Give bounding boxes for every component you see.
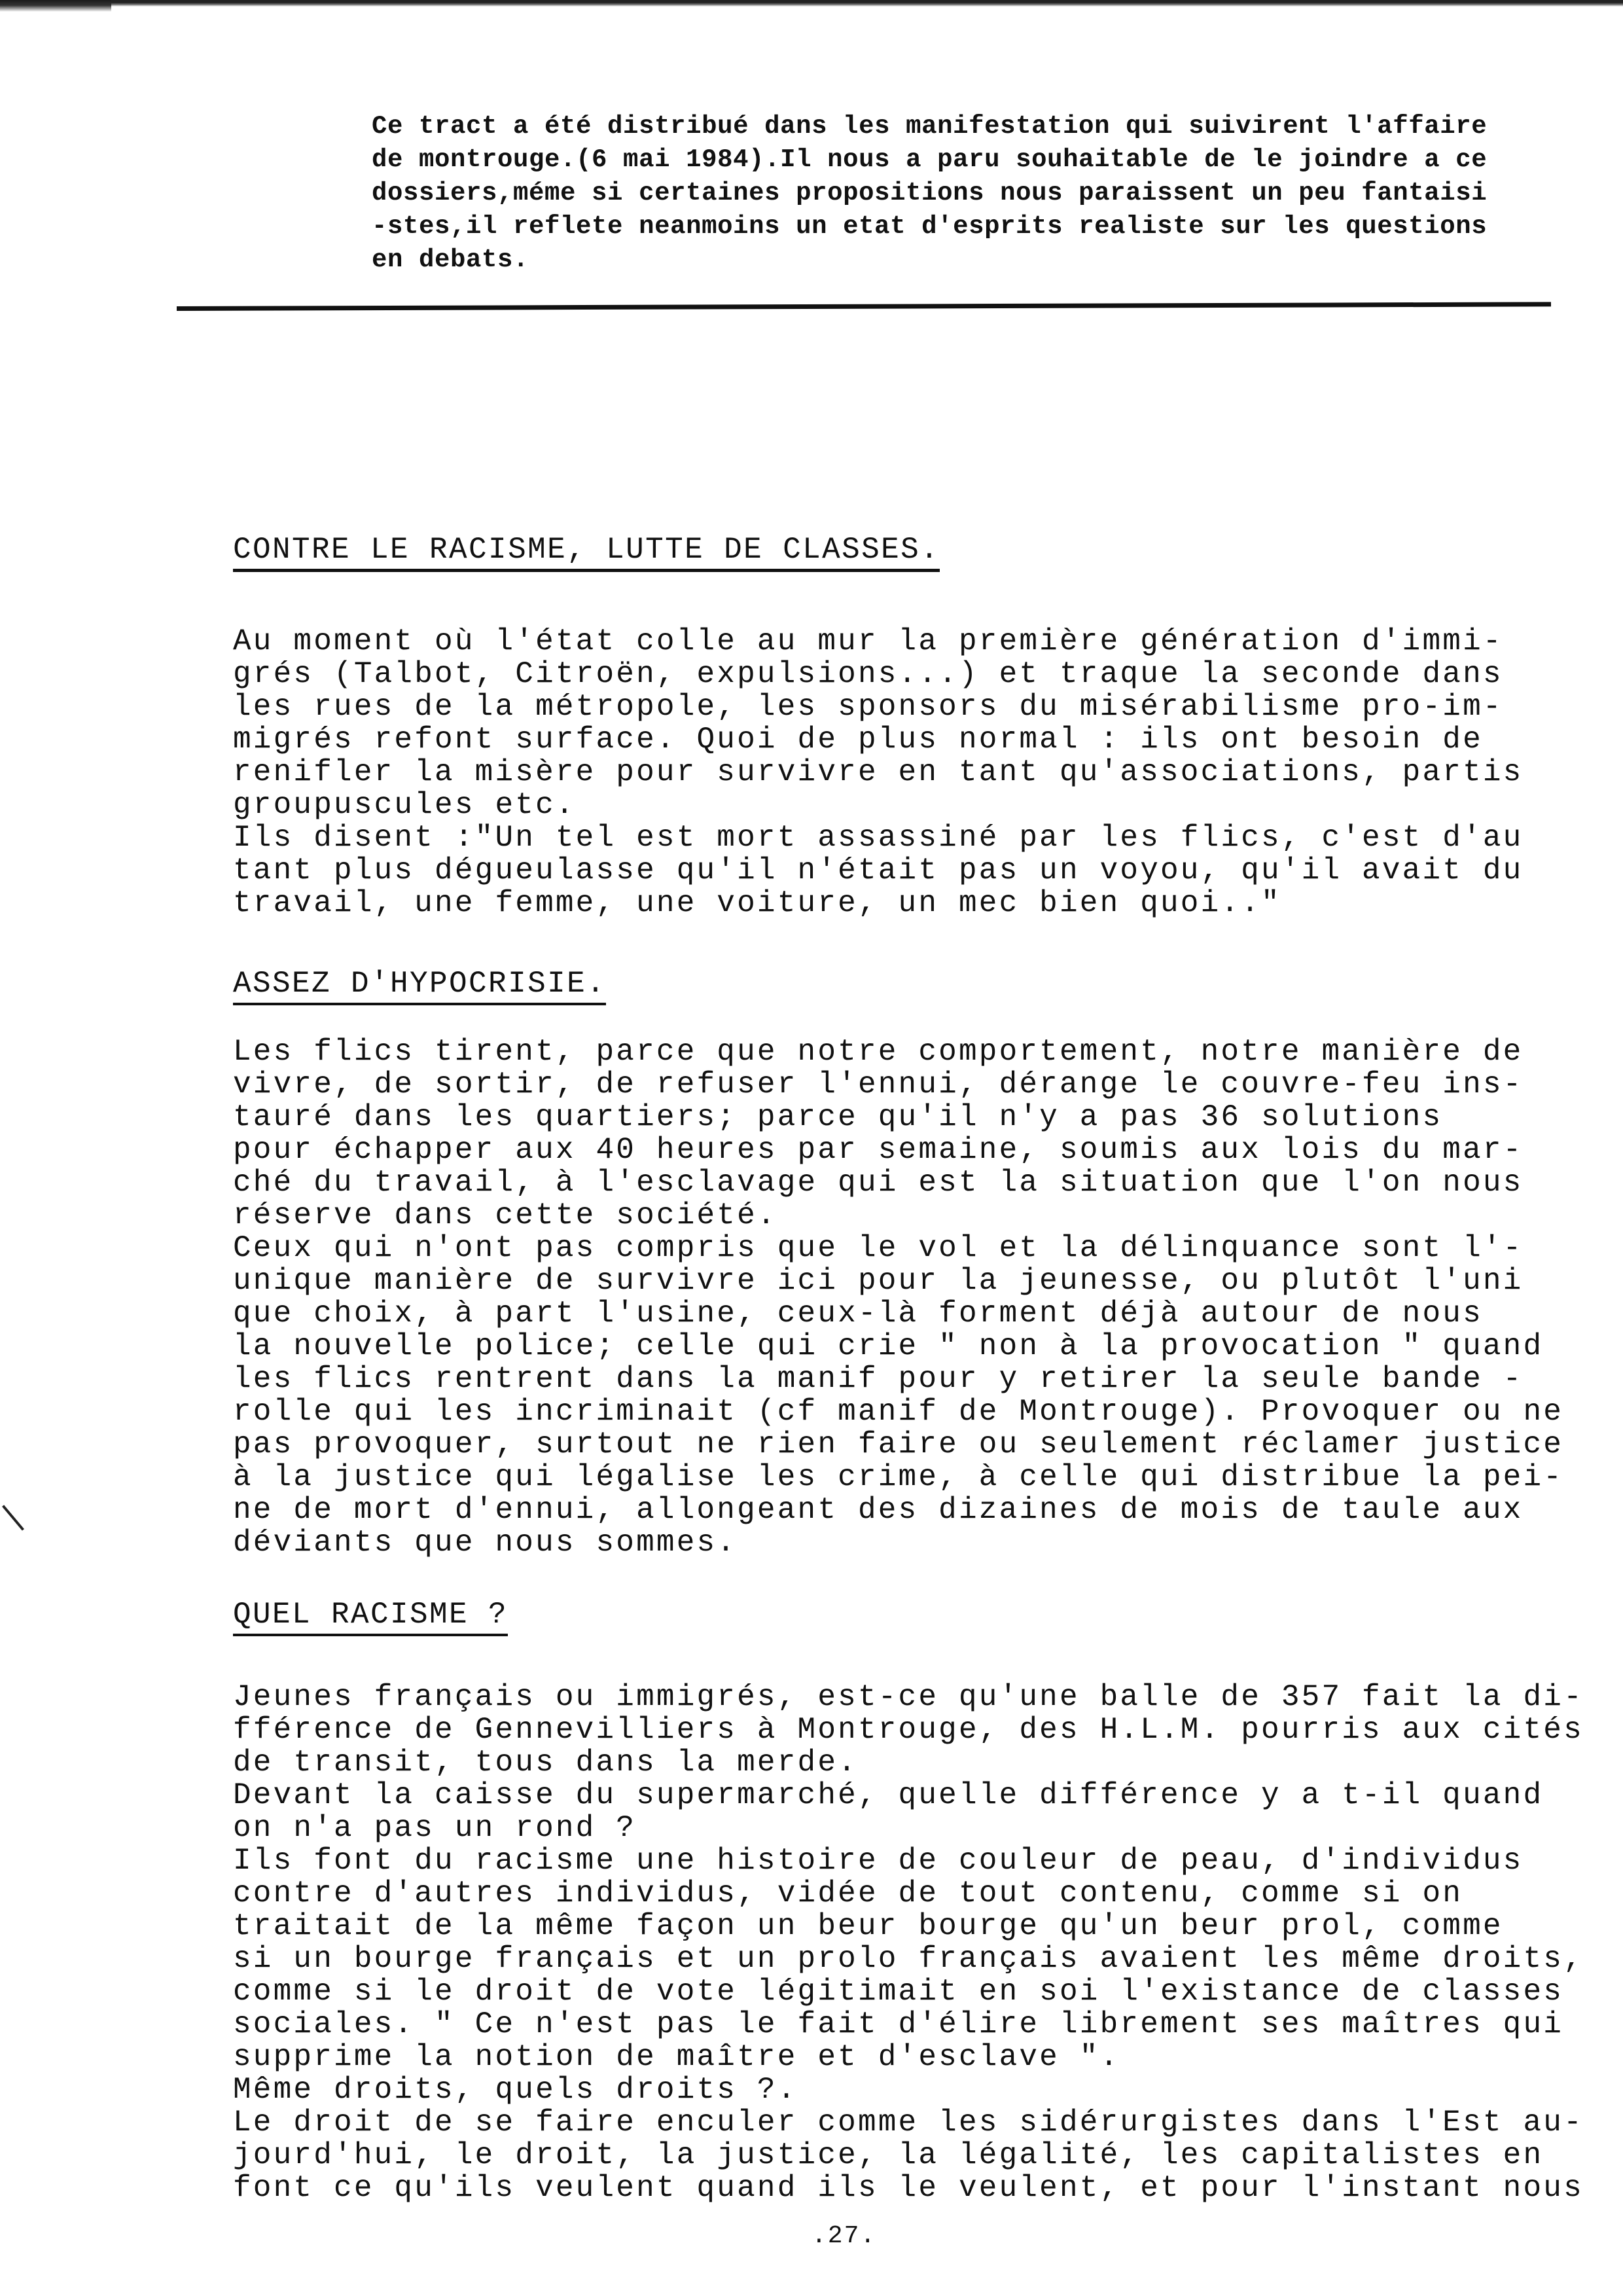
- body-line: Même droits, quels droits ?.: [233, 2073, 1529, 2106]
- body-line: renifler la misère pour survivre en tant…: [233, 756, 1529, 789]
- body-line: tauré dans les quartiers; parce qu'il n'…: [233, 1101, 1529, 1134]
- body-line: on n'a pas un rond ?: [233, 1812, 1529, 1844]
- body-line: contre d'autres individus, vidée de tout…: [233, 1877, 1529, 1910]
- body-line: vivre, de sortir, de refuser l'ennui, dé…: [233, 1068, 1529, 1101]
- body-line: font ce qu'ils veulent quand ils le veul…: [233, 2172, 1529, 2204]
- body-line: Le droit de se faire enculer comme les s…: [233, 2106, 1529, 2139]
- body-line: les rues de la métropole, les sponsors d…: [233, 691, 1529, 723]
- intro-line: de montrouge.(6 mai 1984).Il nous a paru…: [372, 143, 1563, 177]
- scan-corner-shadow: [0, 0, 111, 12]
- body-line: à la justice qui légalise les crime, à c…: [233, 1461, 1529, 1494]
- body-line: déviants que nous sommes.: [233, 1526, 1529, 1559]
- body-line: les flics rentrent dans la manif pour y …: [233, 1363, 1529, 1395]
- body-line: fférence de Gennevilliers à Montrouge, d…: [233, 1713, 1529, 1746]
- body-line: grés (Talbot, Citroën, expulsions...) et…: [233, 658, 1529, 691]
- margin-pen-mark: [2, 1505, 24, 1530]
- body-line: que choix, à part l'usine, ceux-là forme…: [233, 1297, 1529, 1330]
- body-line: Les flics tirent, parce que notre compor…: [233, 1035, 1529, 1068]
- section-body-contre-le-racisme: Au moment où l'état colle au mur la prem…: [233, 625, 1529, 920]
- body-line: ché du travail, à l'esclavage qui est la…: [233, 1166, 1529, 1199]
- intro-line: -stes,il reflete neanmoins un etat d'esp…: [372, 210, 1563, 243]
- body-line: traitait de la même façon un beur bourge…: [233, 1910, 1529, 1943]
- body-line: pour échapper aux 40 heures par semaine,…: [233, 1134, 1529, 1166]
- body-line: de transit, tous dans la merde.: [233, 1746, 1529, 1779]
- section-heading-contre-le-racisme: CONTRE LE RACISME, LUTTE DE CLASSES.: [233, 533, 940, 572]
- scan-top-edge: [0, 0, 1623, 7]
- body-line: Au moment où l'état colle au mur la prem…: [233, 625, 1529, 658]
- body-line: Ils font du racisme une histoire de coul…: [233, 1844, 1529, 1877]
- body-line: rolle qui les incriminait (cf manif de M…: [233, 1395, 1529, 1428]
- body-line: groupuscules etc.: [233, 789, 1529, 821]
- body-line: travail, une femme, une voiture, un mec …: [233, 887, 1529, 920]
- body-line: la nouvelle police; celle qui crie " non…: [233, 1330, 1529, 1363]
- section-body-assez-d-hypocrisie: Les flics tirent, parce que notre compor…: [233, 1035, 1529, 1559]
- body-line: tant plus dégueulasse qu'il n'était pas …: [233, 854, 1529, 887]
- intro-line: en debats.: [372, 243, 1563, 277]
- page-number: .27.: [811, 2222, 876, 2250]
- body-line: réserve dans cette société.: [233, 1199, 1529, 1232]
- horizontal-divider: [177, 302, 1551, 311]
- body-line: pas provoquer, surtout ne rien faire ou …: [233, 1428, 1529, 1461]
- body-line: si un bourge français et un prolo frança…: [233, 1943, 1529, 1975]
- intro-line: Ce tract a été distribué dans les manife…: [372, 110, 1563, 143]
- body-line: Devant la caisse du supermarché, quelle …: [233, 1779, 1529, 1812]
- body-line: sociales. " Ce n'est pas le fait d'élire…: [233, 2008, 1529, 2041]
- section-heading-quel-racisme: QUEL RACISME ?: [233, 1598, 508, 1636]
- body-line: unique manière de survivre ici pour la j…: [233, 1265, 1529, 1297]
- section-body-quel-racisme: Jeunes français ou immigrés, est-ce qu'u…: [233, 1681, 1529, 2204]
- body-line: ne de mort d'ennui, allongeant des dizai…: [233, 1494, 1529, 1526]
- intro-line: dossiers,méme si certaines propositions …: [372, 177, 1563, 210]
- section-heading-assez-d-hypocrisie: ASSEZ D'HYPOCRISIE.: [233, 967, 606, 1005]
- body-line: Ceux qui n'ont pas compris que le vol et…: [233, 1232, 1529, 1265]
- body-line: supprime la notion de maître et d'esclav…: [233, 2041, 1529, 2073]
- body-line: migrés refont surface. Quoi de plus norm…: [233, 723, 1529, 756]
- intro-note: Ce tract a été distribué dans les manife…: [372, 110, 1563, 277]
- body-line: jourd'hui, le droit, la justice, la léga…: [233, 2139, 1529, 2172]
- body-line: Ils disent :"Un tel est mort assassiné p…: [233, 821, 1529, 854]
- body-line: comme si le droit de vote légitimait en …: [233, 1975, 1529, 2008]
- body-line: Jeunes français ou immigrés, est-ce qu'u…: [233, 1681, 1529, 1713]
